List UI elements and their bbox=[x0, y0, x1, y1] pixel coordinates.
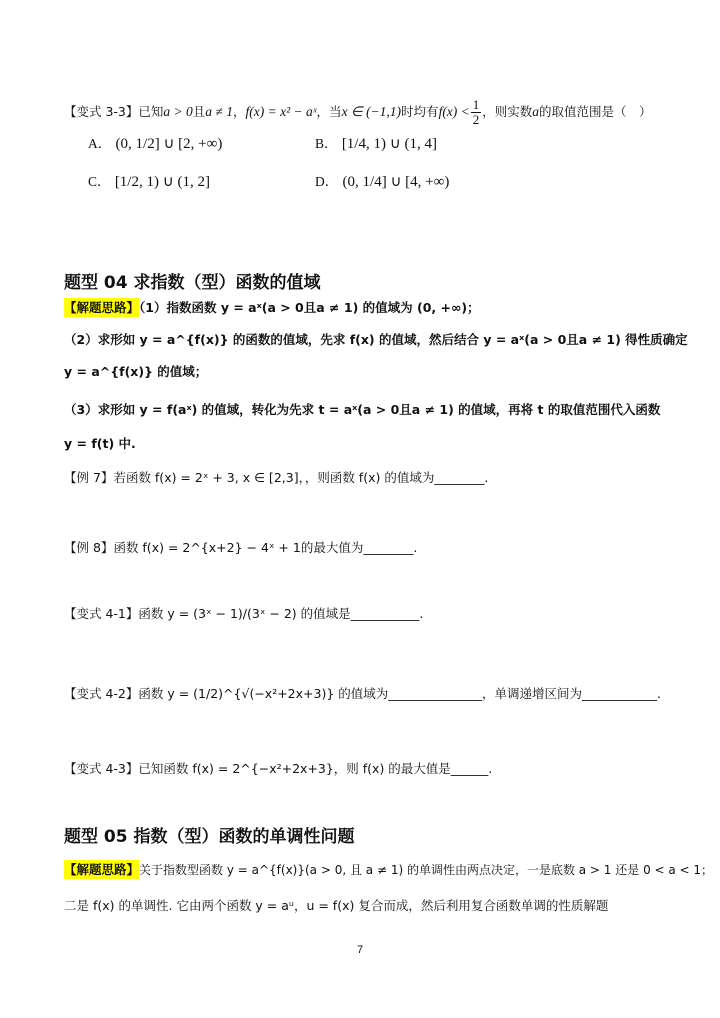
variant-4-1: 【变式 4-1】函数 y = (3ˣ − 1)/(3ˣ − 2) 的值域是___… bbox=[64, 604, 423, 624]
fraction-one-half: 12 bbox=[471, 98, 482, 127]
section-05-line-2: 二是 f(x) 的单调性. 它由两个函数 y = aᵘ，u = f(x) 复合而… bbox=[64, 896, 608, 916]
section-04-title: 题型 04 求指数（型）函数的值域 bbox=[64, 268, 321, 293]
variant-3-3-tag: 【变式 3-3】 bbox=[64, 104, 138, 119]
section-04-point-3-line-2: y = f(t) 中. bbox=[64, 434, 136, 454]
example-8: 【例 8】函数 f(x) = 2^{x+2} − 4ˣ + 1的最大值为____… bbox=[64, 538, 417, 558]
section-05-title: 题型 05 指数（型）函数的单调性问题 bbox=[64, 822, 355, 847]
example-7: 【例 7】若函数 f(x) = 2ˣ + 3, x ∈ [2,3]，，则函数 f… bbox=[64, 468, 488, 488]
tip-label-highlight: 【解题思路】 bbox=[64, 860, 139, 879]
page-number: 7 bbox=[357, 944, 363, 956]
option-a: A． (0, 1/2] ∪ [2, +∞) bbox=[88, 134, 222, 154]
variant-4-3: 【变式 4-3】已知函数 f(x) = 2^{−x²+2x+3}，则 f(x) … bbox=[64, 759, 492, 779]
tip-label-highlight: 【解题思路】 bbox=[64, 298, 139, 317]
option-b: B． [1/4, 1) ∪ (1, 4] bbox=[315, 134, 437, 154]
option-d: D． (0, 1/4] ∪ [4, +∞) bbox=[315, 172, 449, 192]
variant-4-2: 【变式 4-2】函数 y = (1/2)^{√(−x²+2x+3)} 的值域为_… bbox=[64, 684, 661, 704]
section-04-point-3-line-1: （3）求形如 y = f(aˣ) 的值域，转化为先求 t = aˣ(a > 0且… bbox=[64, 400, 660, 420]
section-05-line-1: 【解题思路】关于指数型函数 y = a^{f(x)}(a > 0, 且 a ≠ … bbox=[64, 860, 713, 880]
option-c: C． [1/2, 1) ∪ (1, 2] bbox=[88, 172, 210, 192]
variant-3-3-stem: 【变式 3-3】已知a > 0且a ≠ 1，f(x) = x² − aˣ，当x … bbox=[64, 98, 652, 127]
section-04-point-2-line-1: （2）求形如 y = a^{f(x)} 的函数的值域，先求 f(x) 的值域，然… bbox=[64, 330, 688, 350]
section-04-point-1: 【解题思路】（1）指数函数 y = aˣ(a > 0且a ≠ 1) 的值域为 (… bbox=[64, 298, 480, 318]
section-04-point-2-line-2: y = a^{f(x)} 的值域； bbox=[64, 362, 207, 382]
